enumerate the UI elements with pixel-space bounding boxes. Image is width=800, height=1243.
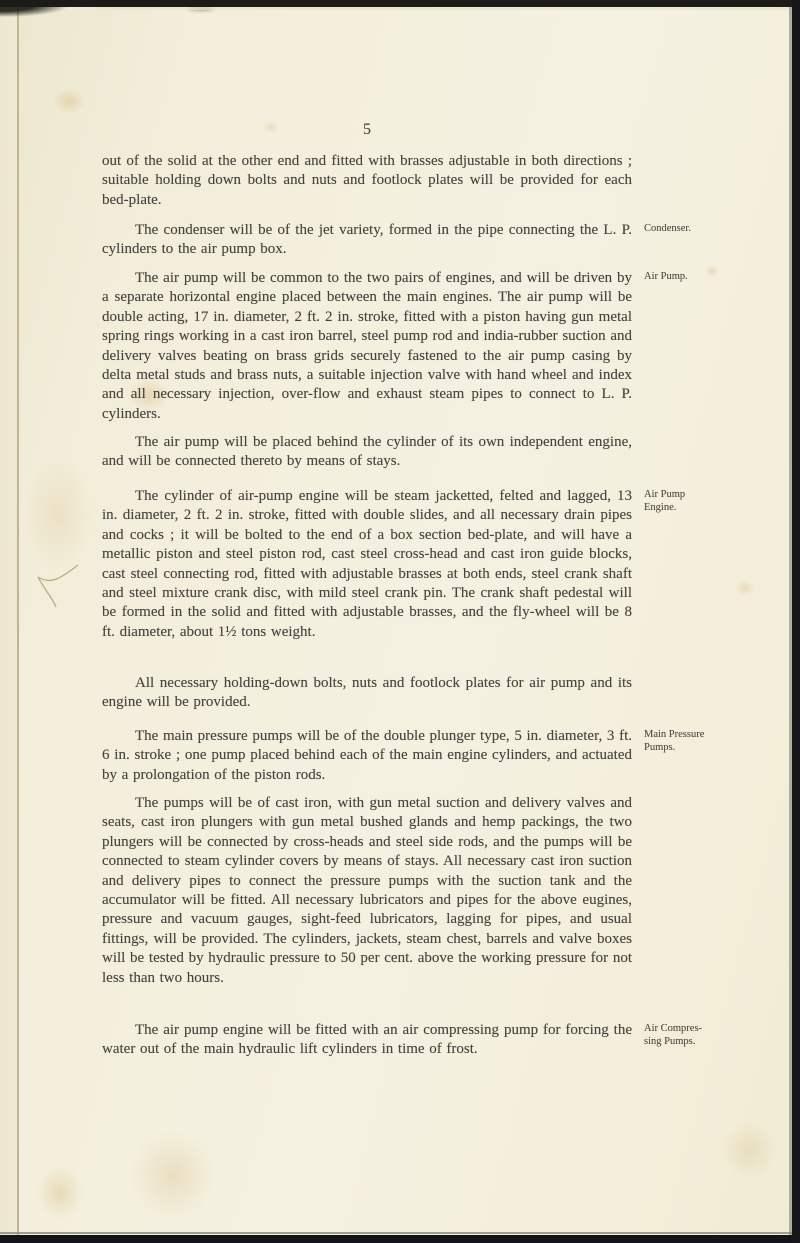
page-binding-strip [0,7,17,1235]
body-paragraph: The cylinder of air-pump engine will be … [102,487,632,642]
margin-note-air-pump-engine: Air Pump Engine. [644,489,762,514]
page-number: 5 [102,121,632,139]
page-crease-line [17,7,19,1235]
margin-note-main-pressure-pumps: Main Pressure Pumps. [644,729,762,754]
foxing-spot [36,1165,84,1220]
body-paragraph: The condenser will be of the jet variety… [102,221,632,260]
body-paragraph: All necessary holding-down bolts, nuts a… [102,674,632,713]
page-corner-shadow [0,6,95,17]
scan-border-top [0,0,800,7]
foxing-spot [722,1120,777,1180]
body-paragraph: out of the solid at the other end and fi… [102,152,632,210]
margin-note-air-pump: Air Pump. [644,271,762,284]
paper-fiber [30,545,110,625]
body-paragraph: The air pump will be common to the two p… [102,269,632,424]
scan-border-bottom [0,1235,800,1243]
body-paragraph: The air pump engine will be fitted with … [102,1021,632,1060]
body-paragraph: The pumps will be of cast iron, with gun… [102,794,632,988]
page-bottom-edge [0,1232,800,1234]
foxing-spot [128,1128,218,1223]
scanned-page: 5 out of the solid at the other end and … [0,0,800,1243]
margin-note-condenser: Condenser. [644,223,762,236]
body-paragraph: The main pressure pumps will be of the d… [102,727,632,785]
foxing-spot [52,88,86,114]
scan-border-right [792,0,800,1243]
foxing-spot [735,580,755,596]
page-top-edge [95,7,800,10]
body-paragraph: The air pump will be placed behind the c… [102,433,632,472]
margin-note-air-compressing-pumps: Air Compres- sing Pumps. [644,1023,762,1048]
